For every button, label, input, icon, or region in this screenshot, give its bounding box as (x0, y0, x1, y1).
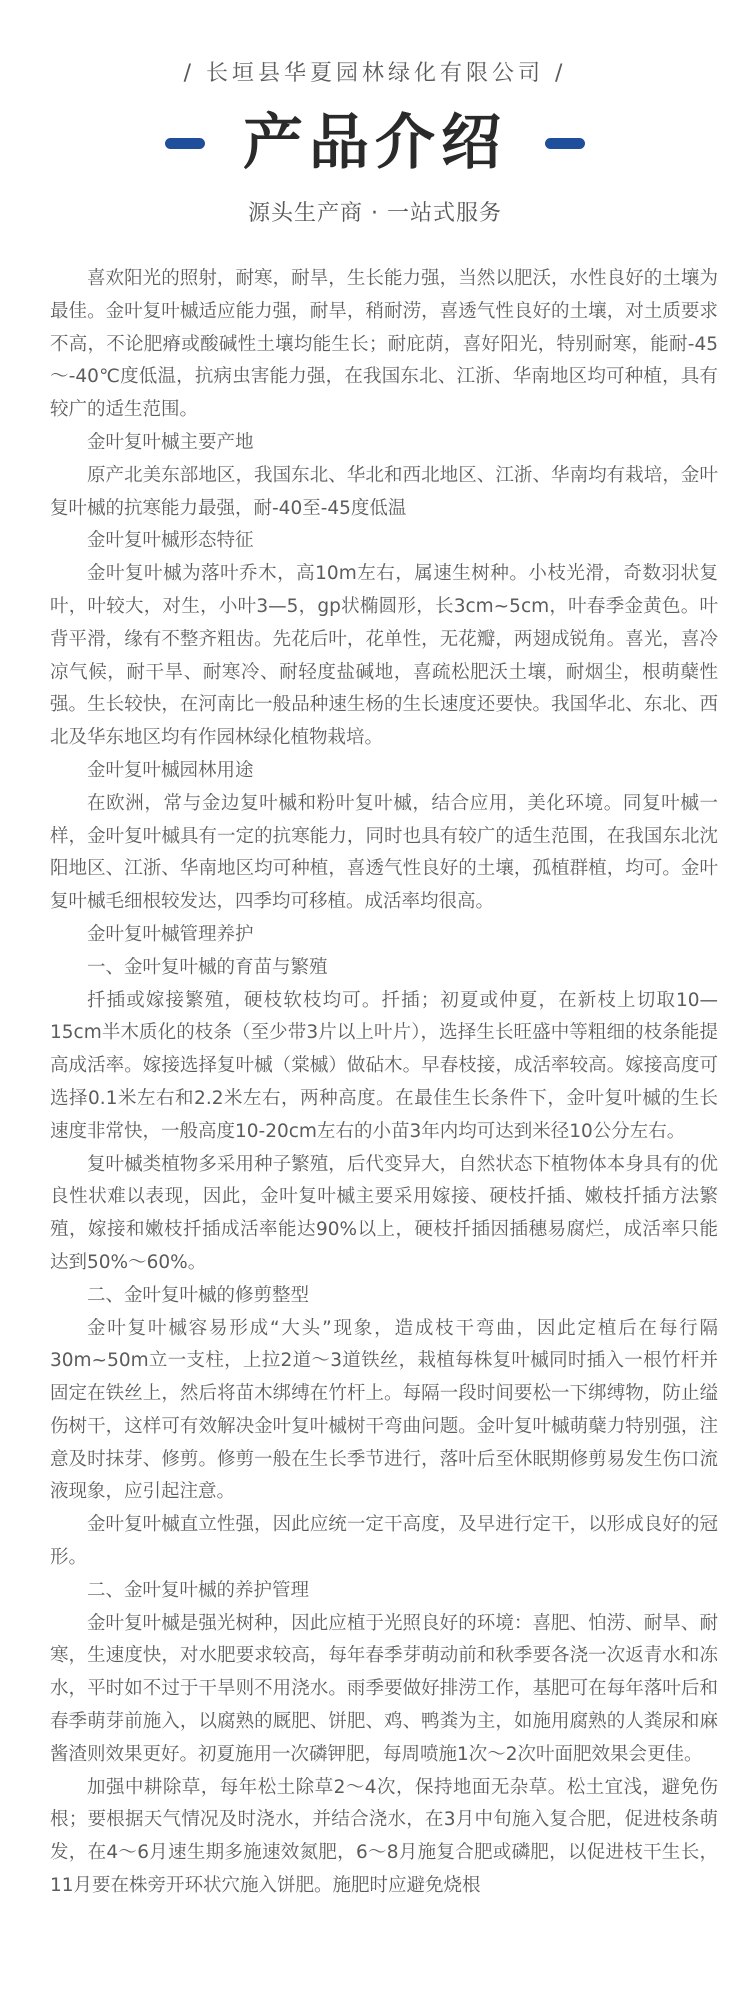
paragraph-maintenance-1: 金叶复叶槭是强光树种，因此应植于光照良好的环境：喜肥、怕涝、耐旱、耐寒，生速度快… (50, 1608, 718, 1772)
section-heading-care: 金叶复叶槭管理养护 (50, 919, 718, 952)
tagline: 源头生产商 · 一站式服务 (0, 196, 750, 227)
title-row: 产品介绍 (0, 108, 750, 178)
accent-bar-right (545, 138, 585, 149)
paragraph-morphology: 金叶复叶槭为落叶乔木，高10m左右，属速生树种。小枝光滑，奇数羽状复叶，叶较大，… (50, 558, 718, 755)
paragraph-intro: 喜欢阳光的照射，耐寒，耐旱，生长能力强，当然以肥沃，水性良好的土壤为最佳。金叶复… (50, 263, 718, 427)
subheading-pruning: 二、金叶复叶槭的修剪整型 (50, 1280, 718, 1313)
paragraph-origin: 原产北美东部地区，我国东北、华北和西北地区、江浙、华南均有栽培，金叶复叶槭的抗寒… (50, 460, 718, 526)
paragraph-pruning-1: 金叶复叶槭容易形成“大头”现象，造成枝干弯曲，因此定植后在每行隔30m~50m立… (50, 1313, 718, 1510)
article-body: 喜欢阳光的照射，耐寒，耐旱，生长能力强，当然以肥沃，水性良好的土壤为最佳。金叶复… (50, 263, 718, 1903)
subheading-maintenance: 二、金叶复叶槭的养护管理 (50, 1575, 718, 1608)
section-heading-origin: 金叶复叶槭主要产地 (50, 427, 718, 460)
subheading-propagation: 一、金叶复叶槭的育苗与繁殖 (50, 952, 718, 985)
company-name: / 长垣县华夏园林绿化有限公司 / (0, 56, 750, 87)
paragraph-propagation-2: 复叶槭类植物多采用种子繁殖，后代变异大，自然状态下植物体本身具有的优良性状难以表… (50, 1149, 718, 1280)
page-title: 产品介绍 (243, 108, 507, 178)
paragraph-maintenance-2: 加强中耕除草，每年松土除草2～4次，保持地面无杂草。松土宜浅，避免伤根；要根据天… (50, 1772, 718, 1903)
accent-bar-left (165, 138, 205, 149)
paragraph-pruning-2: 金叶复叶槭直立性强，因此应统一定干高度，及早进行定干，以形成良好的冠形。 (50, 1509, 718, 1575)
paragraph-landscape-use: 在欧洲，常与金边复叶槭和粉叶复叶槭，结合应用，美化环境。同复叶槭一样，金叶复叶槭… (50, 788, 718, 919)
page-header: / 长垣县华夏园林绿化有限公司 / 产品介绍 源头生产商 · 一站式服务 (0, 0, 750, 250)
section-heading-landscape-use: 金叶复叶槭园林用途 (50, 755, 718, 788)
section-heading-morphology: 金叶复叶槭形态特征 (50, 525, 718, 558)
paragraph-propagation-1: 扦插或嫁接繁殖，硬枝软枝均可。扦插；初夏或仲夏，在新枝上切取10—15cm半木质… (50, 985, 718, 1149)
